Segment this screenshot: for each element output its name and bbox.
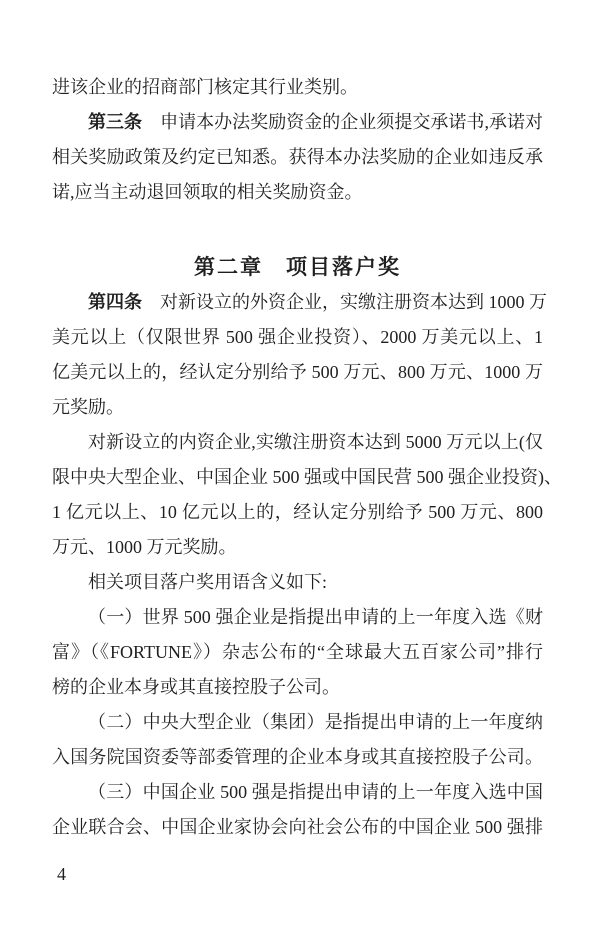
text-line: 对新设立的内资企业,实缴注册资本达到 5000 万元以上(仅	[52, 425, 543, 460]
text-line: 相关奖励政策及约定已知悉。获得本办法奖励的企业如违反承	[52, 140, 543, 175]
text-line: 万元、1000 万元奖励。	[52, 530, 543, 565]
text-line: 入国务院国资委等部委管理的企业本身或其直接控股子公司。	[52, 740, 543, 775]
text-line: 诺,应当主动退回领取的相关奖励资金。	[52, 175, 543, 210]
text-line: （一）世界 500 强企业是指提出申请的上一年度入选《财	[52, 600, 543, 635]
text-line: 榜的企业本身或其直接控股子公司。	[52, 670, 543, 705]
text-line: 元奖励。	[52, 390, 543, 425]
document-body: 进该企业的招商部门核定其行业类别。第三条 申请本办法奖励资金的企业须提交承诺书,…	[52, 70, 543, 845]
page-number: 4	[57, 862, 66, 886]
text-line: 第四条 对新设立的外资企业，实缴注册资本达到 1000 万	[52, 285, 543, 320]
text-line: 美元以上（仅限世界 500 强企业投资）、2000 万美元以上、1	[52, 320, 543, 355]
text-line: 限中央大型企业、中国企业 500 强或中国民营 500 强企业投资)、	[52, 460, 543, 495]
text-line: 相关项目落户奖用语含义如下:	[52, 565, 543, 600]
text-line: 1 亿元以上、10 亿元以上的，经认定分别给予 500 万元、800	[52, 495, 543, 530]
text-line: 亿美元以上的，经认定分别给予 500 万元、800 万元、1000 万	[52, 355, 543, 390]
text-line: 进该企业的招商部门核定其行业类别。	[52, 70, 543, 105]
text-line: 企业联合会、中国企业家协会向社会公布的中国企业 500 强排	[52, 810, 543, 845]
document-page: 进该企业的招商部门核定其行业类别。第三条 申请本办法奖励资金的企业须提交承诺书,…	[0, 0, 600, 942]
text-line: （三）中国企业 500 强是指提出申请的上一年度入选中国	[52, 775, 543, 810]
text-line: 富》（《FORTUNE》）杂志公布的“全球最大五百家公司”排行	[52, 635, 543, 670]
text-line: （二）中央大型企业（集团）是指提出申请的上一年度纳	[52, 705, 543, 740]
text-line: 第三条 申请本办法奖励资金的企业须提交承诺书,承诺对	[52, 105, 543, 140]
chapter-heading: 第二章 项目落户奖	[52, 250, 543, 285]
article-number-label: 第三条	[88, 112, 142, 132]
article-number-label: 第四条	[88, 292, 142, 312]
